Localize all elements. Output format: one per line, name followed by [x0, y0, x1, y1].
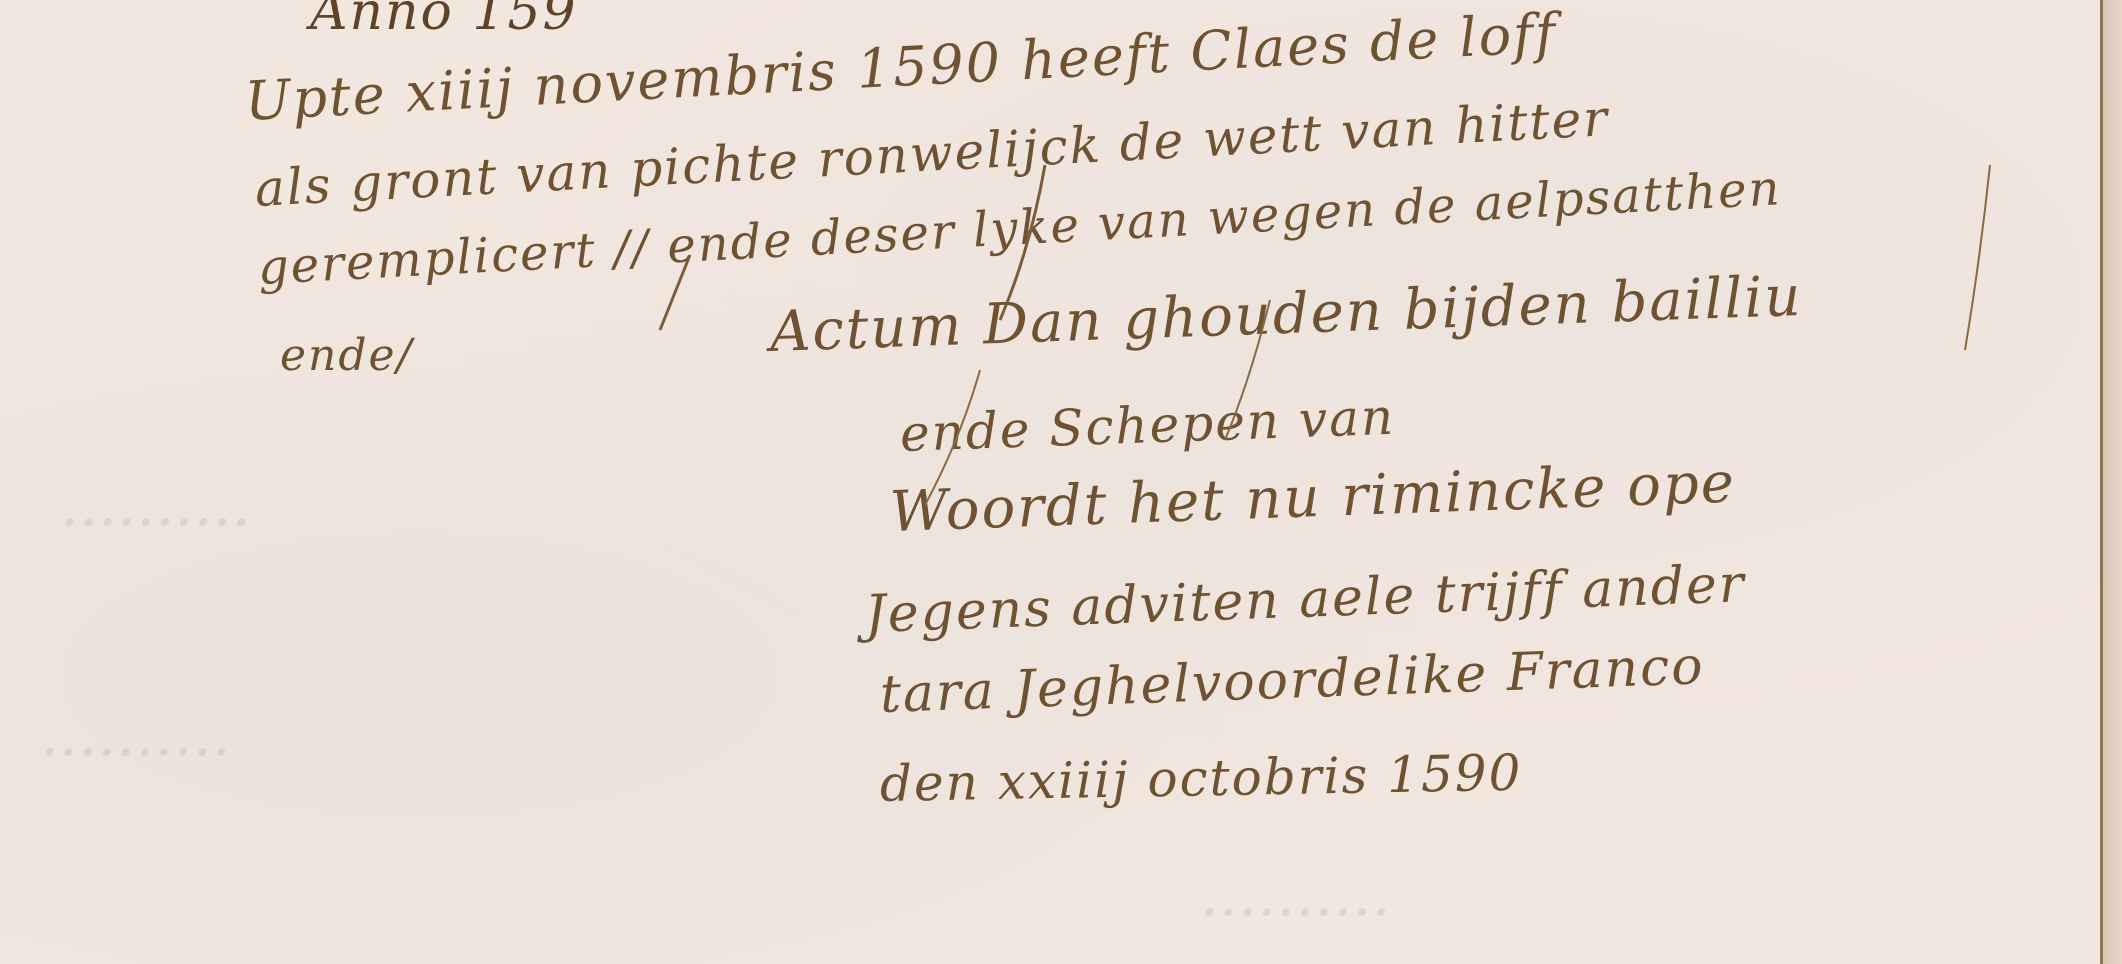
bleed-through-text: ..........: [60, 470, 251, 540]
entry-right-line-4: Jegens adviten aele trijff ander: [864, 554, 1747, 645]
header-year-line: Anno 159: [310, 0, 578, 42]
entry-right-line-2: ende Schepen van: [899, 388, 1396, 463]
book-binding-edge: [2103, 0, 2122, 964]
entry-right-line-1: Actum Dan ghouden bijden bailliu: [769, 264, 1804, 365]
bleed-through-text: ..........: [1200, 860, 1391, 930]
entry-right-line-3: Woordt het nu rimincke ope: [889, 450, 1737, 544]
manuscript-page: .......... .......... .......... Anno 15…: [0, 0, 2103, 964]
entry-right-line-5: tara Jeghelvoordelike Franco: [879, 636, 1706, 725]
bleed-through-text: ..........: [40, 700, 231, 770]
entry-left-line-4: ende/: [280, 330, 413, 381]
entry-right-line-6: den xxiiij octobris 1590: [879, 744, 1522, 813]
